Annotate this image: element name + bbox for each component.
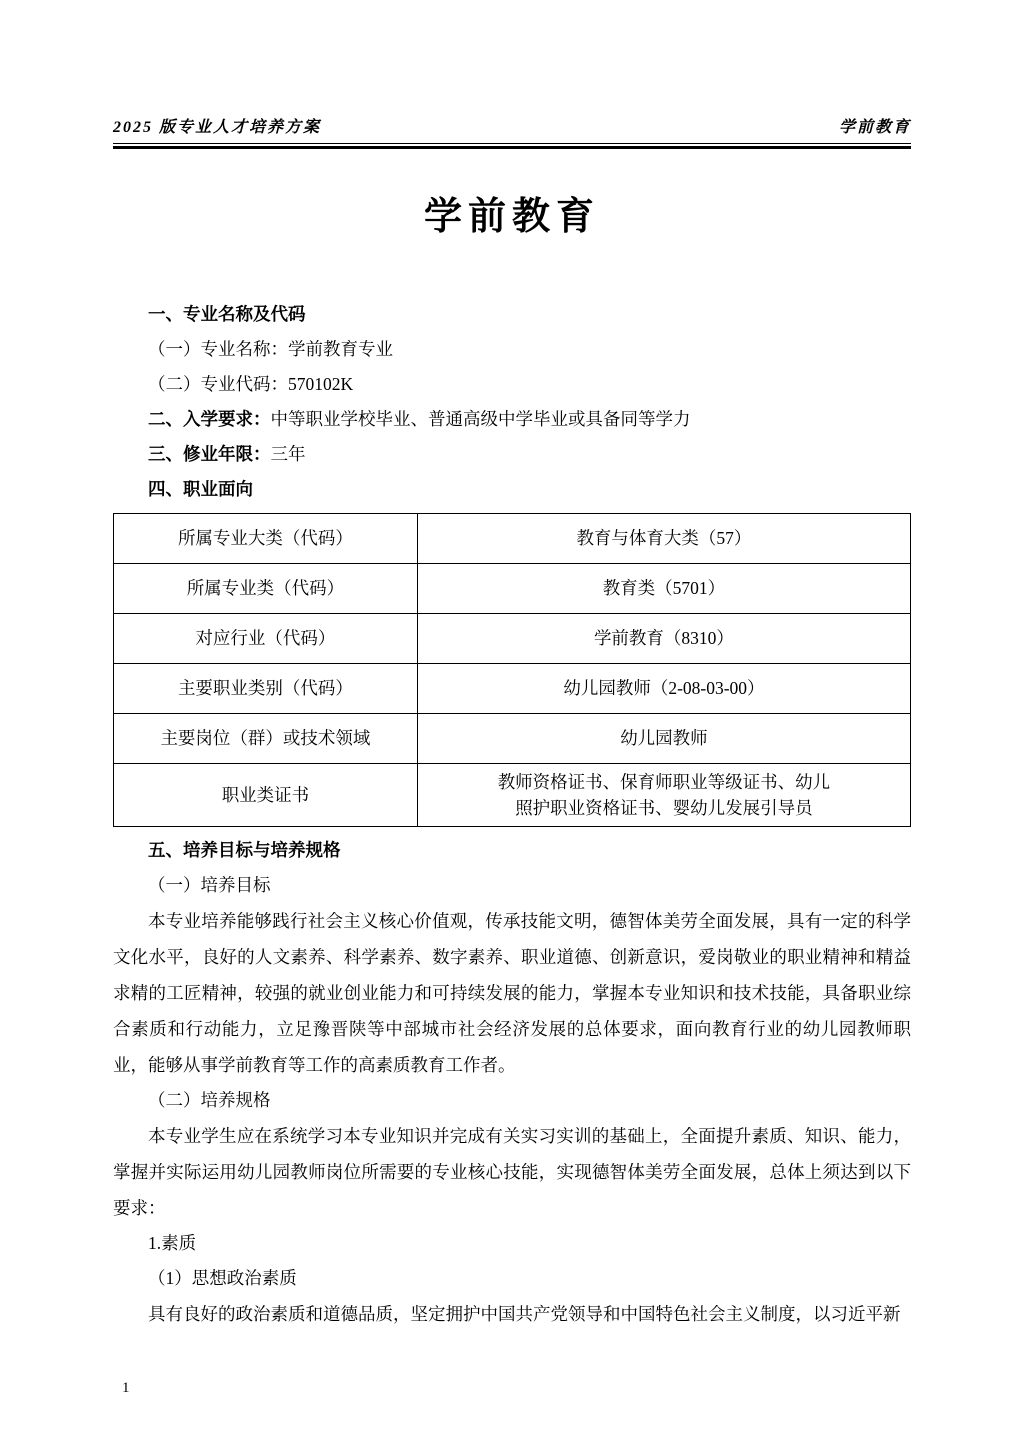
header-divider-thin-line xyxy=(113,143,911,144)
section-5-subheading-specs: （二）培养规格 xyxy=(113,1083,911,1118)
page-title: 学前教育 xyxy=(113,193,911,241)
table-cell-label: 职业类证书 xyxy=(114,763,418,826)
table-row: 主要岗位（群）或技术领域 幼儿园教师 xyxy=(114,713,911,763)
section-5-heading: 五、培养目标与培养规格 xyxy=(113,833,911,868)
table-cell-label: 所属专业类（代码） xyxy=(114,563,418,613)
quality-item-heading: 1.素质 xyxy=(113,1226,911,1261)
table-cell-value: 幼儿园教师 xyxy=(417,713,910,763)
training-goals-paragraph: 本专业培养能够践行社会主义核心价值观，传承技能文明，德智体美劳全面发展，具有一定… xyxy=(113,903,911,1083)
table-row: 主要职业类别（代码） 幼儿园教师（2-08-03-00） xyxy=(114,663,911,713)
section-3-label: 三、修业年限： xyxy=(148,444,271,464)
table-cell-label: 对应行业（代码） xyxy=(114,613,418,663)
header-divider-thick-line xyxy=(113,146,911,149)
table-cell-value: 学前教育（8310） xyxy=(417,613,910,663)
table-row: 所属专业类（代码） 教育类（5701） xyxy=(114,563,911,613)
document-body: 一、专业名称及代码 （一）专业名称：学前教育专业 （二）专业代码：570102K… xyxy=(113,297,911,1332)
page-number: 1 xyxy=(122,1378,130,1398)
section-5-subheading-goals: （一）培养目标 xyxy=(113,868,911,903)
table-cell-value: 教师资格证书、保育师职业等级证书、幼儿照护职业资格证书、婴幼儿发展引导员 xyxy=(417,763,910,826)
running-header-right: 学前教育 xyxy=(839,118,911,138)
section-1-item-major-name: （一）专业名称：学前教育专业 xyxy=(113,332,911,367)
table-row: 所属专业大类（代码） 教育与体育大类（57） xyxy=(114,513,911,563)
table-row: 职业类证书 教师资格证书、保育师职业等级证书、幼儿照护职业资格证书、婴幼儿发展引… xyxy=(114,763,911,826)
section-1-heading: 一、专业名称及代码 xyxy=(113,297,911,332)
document-page: 2025 版专业人才培养方案 学前教育 学前教育 一、专业名称及代码 （一）专业… xyxy=(0,0,1024,1448)
training-specs-paragraph: 本专业学生应在系统学习本专业知识并完成有关实习实训的基础上，全面提升素质、知识、… xyxy=(113,1118,911,1226)
table-cell-value: 教育类（5701） xyxy=(417,563,910,613)
section-2-label: 二、入学要求： xyxy=(148,409,271,429)
section-3-study-duration: 三、修业年限：三年 xyxy=(113,437,911,472)
table-cell-label: 主要职业类别（代码） xyxy=(114,663,418,713)
running-header-left: 2025 版专业人才培养方案 xyxy=(113,118,321,138)
table-cell-value: 教育与体育大类（57） xyxy=(417,513,910,563)
running-header: 2025 版专业人才培养方案 学前教育 xyxy=(113,118,911,138)
political-quality-heading: （1）思想政治素质 xyxy=(113,1261,911,1296)
table-cell-label: 所属专业大类（代码） xyxy=(114,513,418,563)
occupation-table: 所属专业大类（代码） 教育与体育大类（57） 所属专业类（代码） 教育类（570… xyxy=(113,513,911,827)
section-2-text: 中等职业学校毕业、普通高级中学毕业或具备同等学力 xyxy=(271,409,691,429)
section-1-item-major-code: （二）专业代码：570102K xyxy=(113,367,911,402)
section-2-entry-requirements: 二、入学要求：中等职业学校毕业、普通高级中学毕业或具备同等学力 xyxy=(113,402,911,437)
section-4-heading: 四、职业面向 xyxy=(113,472,911,507)
political-quality-paragraph: 具有良好的政治素质和道德品质，坚定拥护中国共产党领导和中国特色社会主义制度，以习… xyxy=(113,1296,911,1332)
table-row: 对应行业（代码） 学前教育（8310） xyxy=(114,613,911,663)
table-cell-label: 主要岗位（群）或技术领域 xyxy=(114,713,418,763)
header-divider xyxy=(113,143,911,149)
section-3-text: 三年 xyxy=(271,444,306,464)
table-cell-value: 幼儿园教师（2-08-03-00） xyxy=(417,663,910,713)
